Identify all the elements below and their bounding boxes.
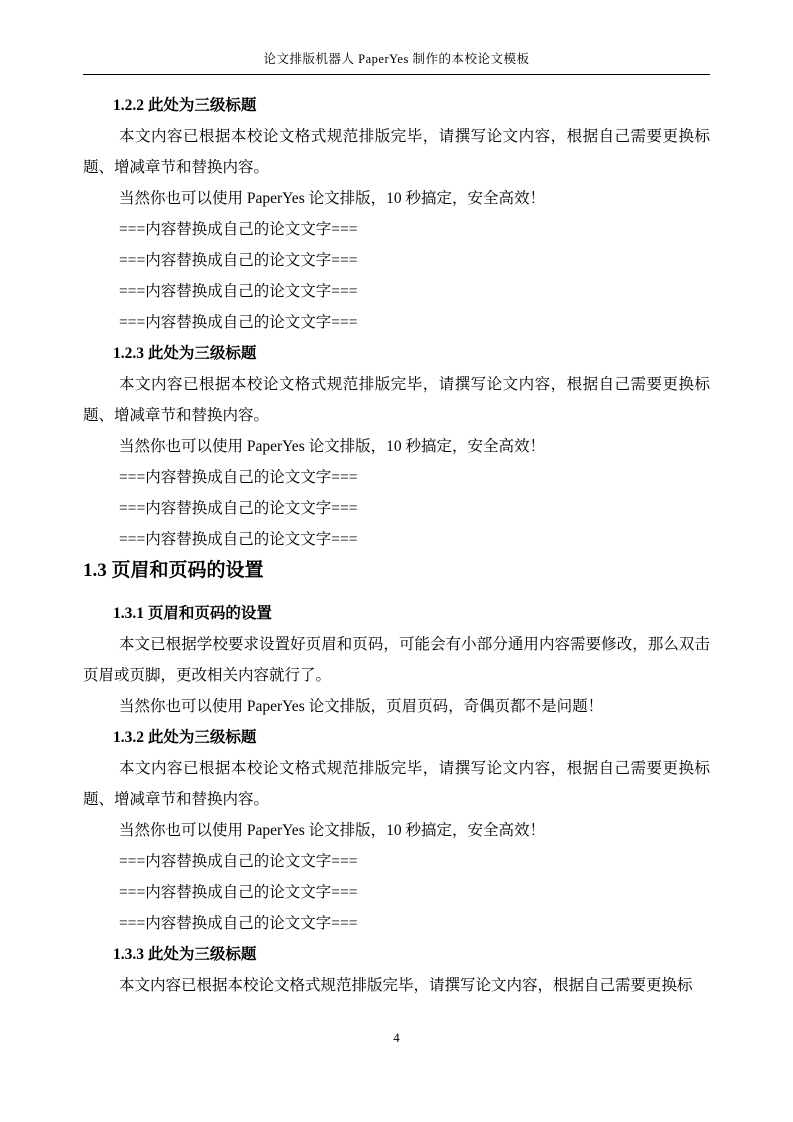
heading-1-3-2: 1.3.2 此处为三级标题 — [83, 722, 710, 753]
paragraph-body: 本文内容已根据本校论文格式规范排版完毕，请撰写论文内容，根据自己需要更换标题、增… — [83, 121, 710, 183]
paragraph-promo: 当然你也可以使用 PaperYes 论文排版，页眉页码，奇偶页都不是问题！ — [83, 691, 710, 722]
paragraph-body: 本文内容已根据本校论文格式规范排版完毕，请撰写论文内容，根据自己需要更换标题、增… — [83, 369, 710, 431]
placeholder-line: ===内容替换成自己的论文文字=== — [83, 462, 710, 493]
placeholder-line: ===内容替换成自己的论文文字=== — [83, 877, 710, 908]
paragraph-promo: 当然你也可以使用 PaperYes 论文排版，10 秒搞定，安全高效！ — [83, 815, 710, 846]
page-footer: 4 — [0, 1030, 793, 1046]
paragraph-body: 本文内容已根据本校论文格式规范排版完毕，请撰写论文内容，根据自己需要更换标 — [83, 970, 710, 1001]
heading-1-3-1: 1.3.1 页眉和页码的设置 — [83, 598, 710, 629]
placeholder-line: ===内容替换成自己的论文文字=== — [83, 493, 710, 524]
header-title: 论文排版机器人 PaperYes 制作的本校论文模板 — [83, 50, 710, 68]
page-header: 论文排版机器人 PaperYes 制作的本校论文模板 — [83, 50, 710, 75]
placeholder-line: ===内容替换成自己的论文文字=== — [83, 846, 710, 877]
paragraph-promo: 当然你也可以使用 PaperYes 论文排版，10 秒搞定，安全高效！ — [83, 431, 710, 462]
paragraph-body: 本文内容已根据本校论文格式规范排版完毕，请撰写论文内容，根据自己需要更换标题、增… — [83, 753, 710, 815]
paragraph-body: 本文已根据学校要求设置好页眉和页码，可能会有小部分通用内容需要修改，那么双击页眉… — [83, 629, 710, 691]
placeholder-line: ===内容替换成自己的论文文字=== — [83, 214, 710, 245]
placeholder-line: ===内容替换成自己的论文文字=== — [83, 245, 710, 276]
placeholder-line: ===内容替换成自己的论文文字=== — [83, 908, 710, 939]
heading-1-2-3: 1.2.3 此处为三级标题 — [83, 338, 710, 369]
page-number: 4 — [393, 1030, 400, 1045]
heading-1-3-3: 1.3.3 此处为三级标题 — [83, 939, 710, 970]
heading-1-3: 1.3 页眉和页码的设置 — [83, 555, 710, 586]
paragraph-promo: 当然你也可以使用 PaperYes 论文排版，10 秒搞定，安全高效！ — [83, 183, 710, 214]
placeholder-line: ===内容替换成自己的论文文字=== — [83, 276, 710, 307]
heading-1-2-2: 1.2.2 此处为三级标题 — [83, 90, 710, 121]
page-body: 1.2.2 此处为三级标题 本文内容已根据本校论文格式规范排版完毕，请撰写论文内… — [83, 76, 710, 1001]
placeholder-line: ===内容替换成自己的论文文字=== — [83, 524, 710, 555]
document-page: 论文排版机器人 PaperYes 制作的本校论文模板 1.2.2 此处为三级标题… — [0, 0, 793, 1122]
placeholder-line: ===内容替换成自己的论文文字=== — [83, 307, 710, 338]
